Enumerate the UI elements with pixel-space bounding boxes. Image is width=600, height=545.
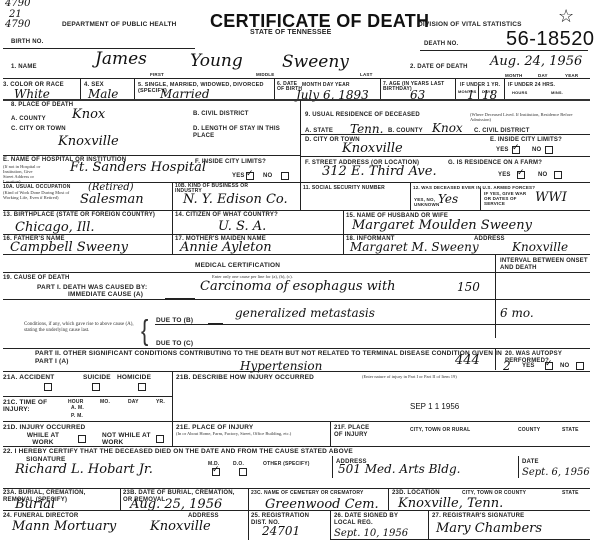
- occupation-note: (Kind of Work Done During Most of Workin…: [3, 190, 73, 200]
- do-label: D.O.: [233, 461, 244, 468]
- res-city-value: Knoxville: [342, 142, 403, 155]
- pod-length-of-stay-label: D. LENGTH OF STAY IN THIS PLACE: [193, 126, 288, 140]
- date-signed-label: 26. DATE SIGNED BY LOCAL REG.: [334, 513, 409, 527]
- usual-residence-label: 9. USUAL RESIDENCE OF DECEASED: [305, 112, 420, 119]
- occupation-value: Salesman: [80, 193, 144, 206]
- name-first-label: FIRST: [150, 71, 164, 78]
- armed-forces-options: YES, NO, UNKNOWN: [414, 197, 440, 207]
- place-of-injury-note: (In or About Home, Farm, Factory, Street…: [176, 431, 301, 436]
- registrar-signature-label: 27. REGISTRAR'S SIGNATURE: [432, 513, 524, 520]
- other-specify-label: OTHER (SPECIFY): [263, 461, 310, 468]
- mins-label: MINS.: [551, 89, 563, 96]
- not-while-at-work-checkbox[interactable]: [156, 435, 164, 443]
- due-to-b-interval: 6 mo.: [500, 307, 534, 320]
- brace: {: [141, 317, 148, 346]
- name-middle: Young: [190, 52, 243, 70]
- homicide-label: HOMICIDE: [117, 374, 151, 381]
- describe-injury-label: 21B. DESCRIBE HOW INJURY OCCURRED: [176, 374, 314, 381]
- place-of-injury-label: 21E. PLACE OF INJURY: [176, 424, 253, 431]
- cause-of-death-label: 19. CAUSE OF DEATH: [3, 275, 70, 282]
- medical-certification-label: MEDICAL CERTIFICATION: [195, 262, 280, 269]
- conditions-note: Conditions, if any, which gave rise to a…: [24, 322, 134, 334]
- day-of-injury-label: DAY: [128, 399, 139, 406]
- burial-state-col: STATE: [562, 490, 579, 497]
- war-service-value: WWI: [535, 191, 567, 204]
- time-of-injury-label: 21C. TIME OF INJURY:: [3, 399, 53, 413]
- immediate-cause-label: IMMEDIATE CAUSE (A): [68, 291, 143, 298]
- state-label: STATE OF TENNESSEE: [250, 29, 332, 36]
- division-label: DIVISION OF VITAL STATISTICS: [418, 21, 522, 28]
- armed-forces-value: Yes: [438, 193, 458, 206]
- autopsy-yes-checkbox[interactable]: [545, 362, 553, 370]
- accident-checkbox[interactable]: [44, 383, 52, 391]
- county-col-label: COUNTY: [518, 427, 540, 434]
- physician-address-value: 501 Med. Arts Bldg.: [338, 463, 460, 476]
- pm-label: P. M.: [71, 413, 83, 420]
- ssn-label: 11. SOCIAL SECURITY NUMBER: [303, 186, 393, 191]
- business-value: N. Y. Edison Co.: [183, 193, 288, 206]
- pod-county-value: Knox: [72, 108, 105, 121]
- physician-signature: Richard L. Hobart Jr.: [15, 463, 153, 476]
- cemetery-label: 23C. NAME OF CEMETERY OR CREMATORY: [251, 490, 389, 497]
- suicide-label: SUICIDE: [83, 374, 111, 381]
- burial-location-value: Knoxville, Tenn.: [398, 497, 503, 510]
- usual-residence-note: (Where Deceased Lived. If Institution, R…: [470, 112, 588, 122]
- due-to-c-label: DUE TO (C): [156, 340, 193, 347]
- immediate-cause-code: 150: [457, 281, 480, 294]
- pod-inside-city-no-label: NO: [263, 173, 272, 180]
- due-to-b-label: DUE TO (B): [156, 317, 193, 324]
- autopsy-no-checkbox[interactable]: [576, 362, 584, 370]
- received-stamp: SEP 1 1 1956: [410, 402, 459, 411]
- citizen-label: 14. CITIZEN OF WHAT COUNTRY?: [175, 212, 278, 219]
- armed-forces-label: 12. WAS DECEASED EVER IN U.S. ARMED FORC…: [413, 184, 535, 191]
- md-checkbox[interactable]: [212, 468, 220, 476]
- res-inside-city-no-label: NO: [532, 147, 541, 154]
- certify-label: 22. I HEREBY CERTIFY THAT THE DECEASED D…: [3, 448, 353, 455]
- res-inside-city-yes-checkbox[interactable]: [512, 146, 520, 154]
- informant-address-label: ADDRESS: [474, 236, 505, 243]
- spouse-value: Margaret Moulden Sweeny: [352, 219, 532, 232]
- name-label: 1. NAME: [11, 64, 37, 71]
- pod-inside-city-yes-checkbox[interactable]: [246, 172, 254, 180]
- accident-label: 21A. ACCIDENT: [3, 374, 54, 381]
- informant-value: Margaret M. Sweeny: [350, 241, 479, 254]
- while-at-work-checkbox[interactable]: [78, 435, 86, 443]
- farm-no-label: NO: [538, 172, 547, 179]
- not-while-at-work-label: NOT WHILE AT WORK: [102, 432, 152, 446]
- farm-label: G. IS RESIDENCE ON A FARM?: [448, 160, 542, 167]
- death-no-label: DEATH NO.: [424, 41, 458, 48]
- pod-inside-city-label: F. INSIDE CITY LIMITS?: [195, 159, 266, 166]
- place-of-death-label: 8. PLACE OF DEATH: [11, 102, 73, 109]
- due-to-b-value: generalized metastasis: [235, 307, 375, 320]
- autopsy-yes-label: YES: [522, 363, 535, 370]
- death-number: 56-18520: [506, 28, 595, 51]
- registration-district-value: 24701: [262, 525, 300, 538]
- star-icon: ☆: [558, 6, 574, 27]
- birthplace-value: Chicago, Ill.: [15, 221, 95, 234]
- interval-label: INTERVAL BETWEEN ONSET AND DEATH: [500, 258, 590, 272]
- hospital-value: Ft. Sanders Hospital: [70, 161, 206, 174]
- injury-occurred-label: 21D. INJURY OCCURRED: [3, 424, 85, 431]
- file-mark-3: 4790: [5, 20, 30, 30]
- name-first: James: [95, 50, 147, 68]
- pod-inside-city-yes-label: YES: [232, 173, 245, 180]
- yr-label: YR.: [156, 399, 165, 406]
- name-last: Sweeny: [282, 53, 349, 71]
- res-inside-city-yes-label: YES: [496, 147, 509, 154]
- name-last-label: LAST: [360, 71, 373, 78]
- place-f-label: 21F. PLACE OF INJURY: [334, 425, 374, 439]
- farm-no-checkbox[interactable]: [554, 171, 562, 179]
- describe-injury-note: (Enter nature of injury in Part I or Par…: [362, 374, 457, 379]
- state-col-label: STATE: [562, 427, 579, 434]
- mother-value: Annie Ayleton: [180, 241, 272, 254]
- certify-date-label: DATE: [522, 459, 539, 466]
- war-service-label: IF YES, GIVE WAR OR DATES OF SERVICE: [484, 191, 529, 206]
- mo-label: MO.: [100, 399, 110, 406]
- farm-yes-label: YES: [498, 172, 511, 179]
- citizen-value: U. S. A.: [218, 220, 266, 233]
- suicide-checkbox[interactable]: [92, 383, 100, 391]
- homicide-checkbox[interactable]: [138, 383, 146, 391]
- res-inside-city-label: E. INSIDE CITY LIMITS?: [490, 137, 562, 144]
- date-of-death-value: Aug. 24, 1956: [490, 55, 582, 68]
- funeral-director-address-value: Knoxville: [150, 520, 211, 533]
- pod-inside-city-no-checkbox[interactable]: [281, 172, 289, 180]
- farm-yes-checkbox[interactable]: [517, 171, 525, 179]
- hospital-note: (If not in Hospital or Institution, Give…: [3, 164, 41, 184]
- am-label: A. M.: [71, 405, 84, 412]
- pod-city-value: Knoxville: [58, 135, 119, 148]
- father-value: Campbell Sweeny: [10, 241, 128, 254]
- name-middle-label: MIDDLE: [256, 71, 274, 78]
- city-town-rural-label: CITY, TOWN OR RURAL: [410, 427, 470, 434]
- under-24-hours-label: IF UNDER 24 HRS.: [508, 82, 555, 89]
- do-checkbox[interactable]: [239, 468, 247, 476]
- birth-no-label: BIRTH NO.: [11, 39, 43, 46]
- date-of-death-label: 2. DATE OF DEATH: [410, 64, 468, 71]
- pod-city-label: C. CITY OR TOWN: [11, 126, 66, 133]
- pod-county-label: A. COUNTY: [11, 116, 46, 123]
- certify-date-value: Sept. 6, 1956: [522, 466, 590, 479]
- funeral-director-value: Mann Mortuary: [12, 520, 116, 533]
- birthplace-label: 13. BIRTHPLACE (State or Foreign Country…: [3, 212, 155, 219]
- res-inside-city-no-checkbox[interactable]: [545, 146, 553, 154]
- part2-code: 444: [455, 354, 480, 367]
- autopsy-no-label: NO: [560, 363, 569, 370]
- file-mark-1: 4790: [5, 0, 30, 9]
- department-label: DEPARTMENT OF PUBLIC HEALTH: [62, 21, 177, 28]
- informant-address-value: Knoxville: [512, 241, 568, 254]
- part1-label: PART I. DEATH WAS CAUSED BY:: [37, 284, 147, 291]
- while-at-work-label: WHILE AT WORK: [26, 432, 60, 446]
- pod-civil-district-label: B. CIVIL DISTRICT: [193, 111, 253, 118]
- street-address-value: 312 E. Third Ave.: [322, 165, 437, 178]
- registrar-signature-value: Mary Chambers: [436, 522, 542, 535]
- hours-label: HOURS: [512, 89, 527, 96]
- immediate-cause-value: Carcinoma of esophagus with: [200, 280, 396, 293]
